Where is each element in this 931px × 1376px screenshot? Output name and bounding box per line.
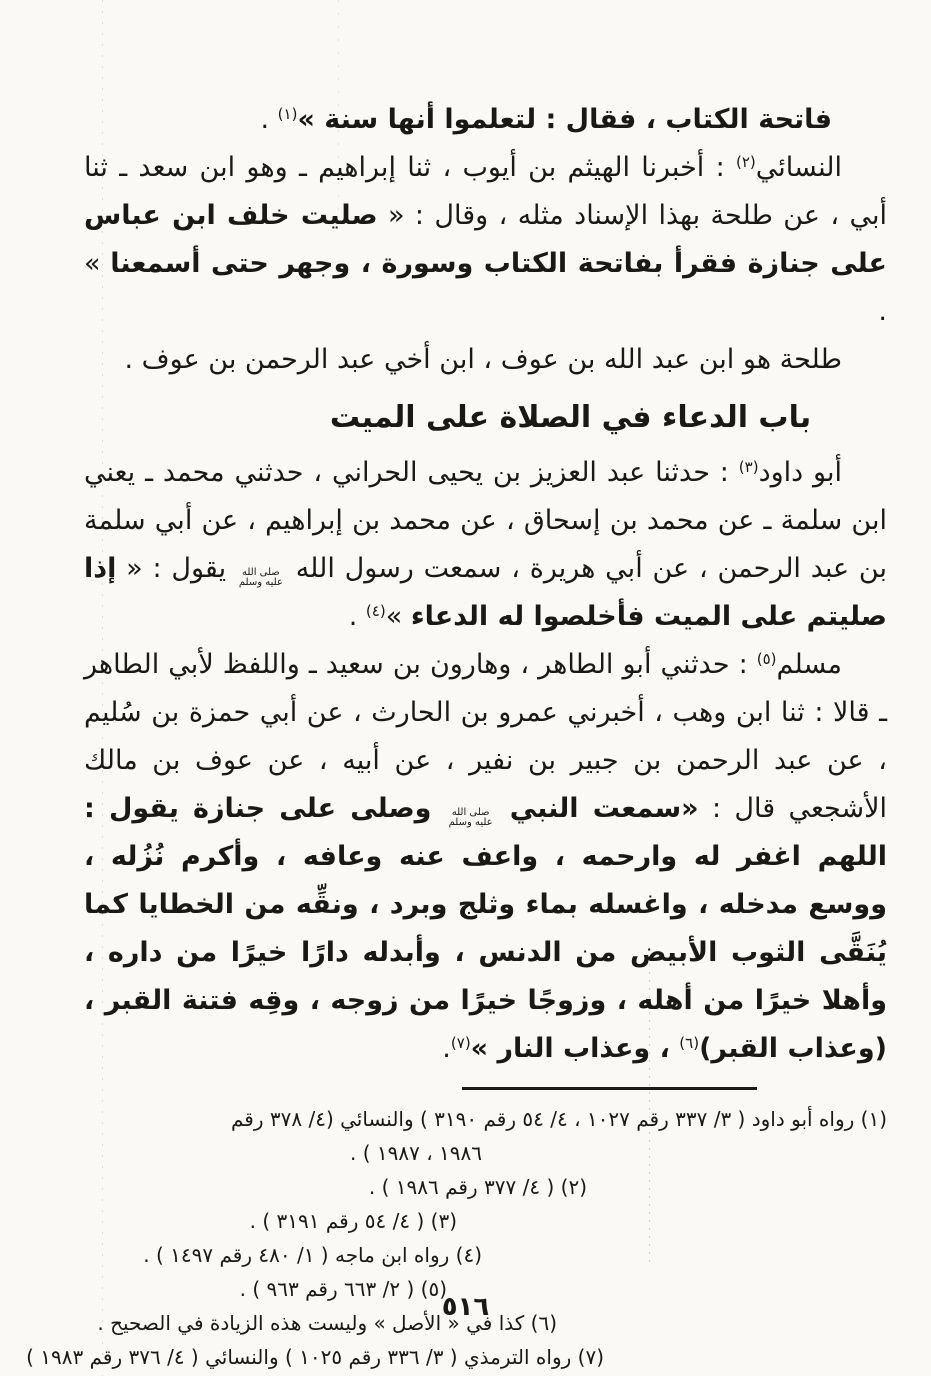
- text-run: النسائي: [756, 152, 842, 183]
- footnote-line: (٢) ( ٤/ ٣٧٧ رقم ١٩٨٦ ) .: [84, 1170, 887, 1204]
- honorific-text: عليه وسلم: [449, 818, 493, 829]
- footnote-ref: (٧): [451, 1034, 471, 1052]
- footnote-line: (٣) ( ٤/ ٥٤ رقم ٣١٩١ ) .: [84, 1204, 887, 1238]
- page-body: فاتحة الكتاب ، فقال : لتعلموا أنها سنة »…: [0, 0, 931, 1376]
- footnote-ref: (٦): [679, 1034, 699, 1052]
- honorific-text: عليه وسلم: [239, 578, 283, 589]
- footnote-separator: [462, 1087, 757, 1090]
- main-text: فاتحة الكتاب ، فقال : لتعلموا أنها سنة »…: [84, 96, 887, 1073]
- text-run: طلحة هو ابن عبد الله بن عوف ، ابن أخي عب…: [124, 344, 842, 375]
- chapter-heading: باب الدعاء في الصلاة على الميت: [84, 400, 887, 435]
- text-run: .: [442, 1033, 451, 1064]
- footnotes: (١) رواه أبو داود ( ٣/ ٣٣٧ رقم ١٠٢٧ ، ٤/…: [84, 1102, 887, 1374]
- footnote-ref: (٢): [736, 153, 756, 171]
- prophet-honorific-icon: صلى اللهعليه وسلم: [449, 808, 493, 829]
- continuation-line: فاتحة الكتاب ، فقال : لتعلموا أنها سنة »…: [84, 96, 887, 144]
- footnote-line: ١٩٨٦ ، ١٩٨٧ ) .: [84, 1136, 887, 1170]
- text-run: .: [349, 601, 366, 632]
- text-run: ، وعذاب النار »: [471, 1033, 680, 1064]
- nasai-paragraph: النسائي(٢) : أخبرنا الهيثم بن أيوب ، ثنا…: [84, 144, 887, 336]
- text-run: وصلى على جنازة يقول : اللهم اغفر له وارح…: [84, 793, 887, 1064]
- page-number: ٥١٦: [0, 1292, 931, 1322]
- text-run: باب الدعاء في الصلاة على الميت: [330, 400, 811, 435]
- text-run: مسلم: [777, 649, 842, 680]
- footnote-ref: (٥): [757, 650, 777, 668]
- talha-note: طلحة هو ابن عبد الله بن عوف ، ابن أخي عب…: [84, 336, 887, 384]
- abudawud-paragraph: أبو داود(٣) : حدثنا عبد العزيز بن يحيى ا…: [84, 449, 887, 641]
- scanned-book-page: { "colors": { "ink": "#1b1916", "paper":…: [0, 0, 931, 1376]
- footnote-line: (١) رواه أبو داود ( ٣/ ٣٣٧ رقم ١٠٢٧ ، ٤/…: [84, 1102, 887, 1136]
- text-run: يقول : «: [116, 553, 236, 584]
- footnote-line: (٤) رواه ابن ماجه ( ١/ ٤٨٠ رقم ١٤٩٧ ) .: [84, 1238, 887, 1272]
- text-run: فاتحة الكتاب ، فقال : لتعلموا أنها سنة »: [297, 104, 832, 135]
- text-run: أبو داود: [759, 457, 842, 488]
- footnote-ref: (١): [278, 105, 298, 123]
- footnote-line: (٧) رواه الترمذي ( ٣/ ٣٣٦ رقم ١٠٢٥ ) وال…: [84, 1340, 887, 1374]
- text-run: «سمعت النبي: [496, 793, 699, 824]
- footnote-ref: (٣): [739, 458, 759, 476]
- text-run: »: [386, 601, 411, 632]
- text-run: .: [260, 104, 277, 135]
- footnote-ref: (٤): [366, 602, 386, 620]
- muslim-paragraph: مسلم(٥) : حدثني أبو الطاهر ، وهارون بن س…: [84, 641, 887, 1073]
- prophet-honorific-icon: صلى اللهعليه وسلم: [239, 568, 283, 589]
